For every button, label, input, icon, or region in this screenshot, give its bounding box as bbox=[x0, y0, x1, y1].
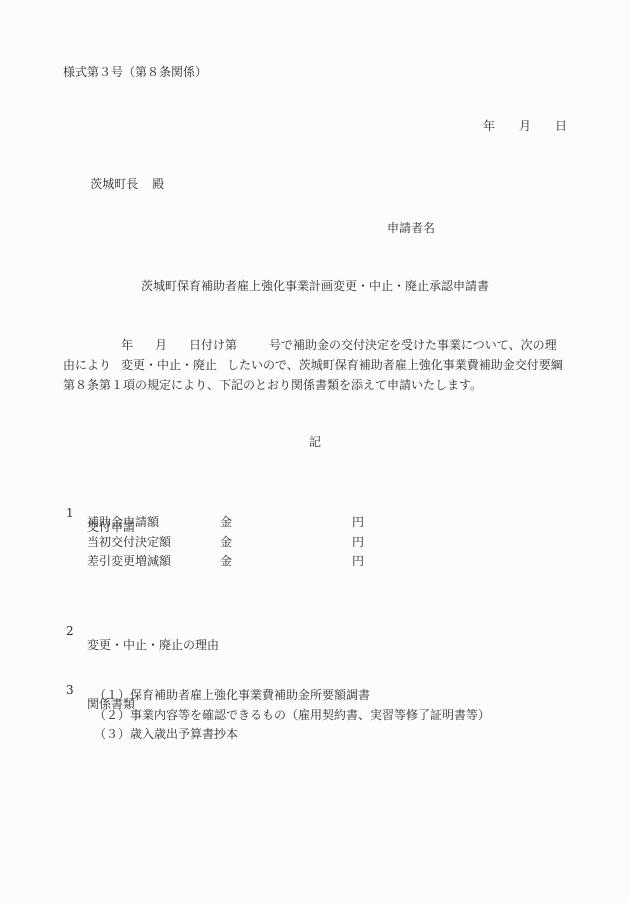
amount-unit: 円 bbox=[352, 513, 364, 530]
amount-row-initial-decision: 当初交付決定額 金 円 bbox=[87, 533, 387, 547]
ki-heading: 記 bbox=[0, 435, 630, 449]
body-paragraph-line-1: 年月日付け第号で補助金の交付決定を受けた事業について、次の理 bbox=[63, 338, 568, 352]
addressee-name: 茨城町長 bbox=[90, 177, 138, 191]
addressee: 茨城町長殿 bbox=[75, 163, 164, 205]
amount-row-difference: 差引変更増減額 金 円 bbox=[87, 552, 387, 566]
related-document-item: （２）事業内容等を確認できるもの（雇用契約書、実習等修了証明書等） bbox=[94, 708, 490, 722]
amount-label: 当初交付決定額 bbox=[87, 533, 171, 550]
body-paragraph-line-2: 由により変更・中止・廃止したいので、茨城町保育補助者雇上強化事業費補助金交付要綱 bbox=[63, 358, 568, 372]
ref-month-label: 月 bbox=[155, 338, 167, 352]
date-line: 年月日 bbox=[468, 105, 567, 147]
related-document-item: （３）歳入歳出予算書抄本 bbox=[94, 727, 238, 741]
amount-prefix: 金 bbox=[220, 533, 232, 550]
date-month-label: 月 bbox=[519, 119, 531, 133]
amount-prefix: 金 bbox=[220, 552, 232, 569]
form-number: 様式第３号（第８条関係） bbox=[63, 65, 207, 79]
date-year-label: 年 bbox=[483, 119, 495, 133]
section-3-header: 3 関係書類 bbox=[0, 669, 630, 683]
section-heading: 変更・中止・廃止の理由 bbox=[87, 638, 219, 652]
section-1-header: 1 交付申請 bbox=[0, 492, 630, 506]
amount-label: 差引変更増減額 bbox=[87, 552, 171, 569]
section-number: 3 bbox=[66, 683, 74, 697]
amount-unit: 円 bbox=[352, 552, 364, 569]
amount-label: 補助金申請額 bbox=[87, 513, 159, 530]
addressee-honorific: 殿 bbox=[152, 177, 164, 191]
date-day-label: 日 bbox=[555, 119, 567, 133]
ref-date-label: 日付け第 bbox=[189, 338, 237, 352]
body-paragraph-line-3: 第８条第１項の規定により、下記のとおり関係書類を添えて申請いたします。 bbox=[63, 378, 568, 392]
body-text-2: したいので、茨城町保育補助者雇上強化事業費補助金交付要綱 bbox=[227, 358, 563, 372]
amount-unit: 円 bbox=[352, 533, 364, 550]
applicant-name-label: 申請者名 bbox=[387, 221, 435, 235]
ref-year-label: 年 bbox=[121, 338, 133, 352]
section-number: 1 bbox=[66, 506, 74, 520]
amount-prefix: 金 bbox=[220, 513, 232, 530]
document-title: 茨城町保育補助者雇上強化事業計画変更・中止・廃止承認申請書 bbox=[0, 279, 630, 293]
change-options: 変更・中止・廃止 bbox=[121, 358, 217, 372]
section-number: 2 bbox=[66, 624, 74, 638]
related-document-item: （１）保育補助者雇上強化事業費補助金所要額調書 bbox=[94, 688, 370, 702]
body-prefix: 由により bbox=[63, 358, 111, 372]
body-text-1: 号で補助金の交付決定を受けた事業について、次の理 bbox=[269, 338, 557, 352]
section-2-header: 2 変更・中止・廃止の理由 bbox=[0, 610, 630, 624]
amount-row-application: 補助金申請額 金 円 bbox=[87, 513, 387, 527]
